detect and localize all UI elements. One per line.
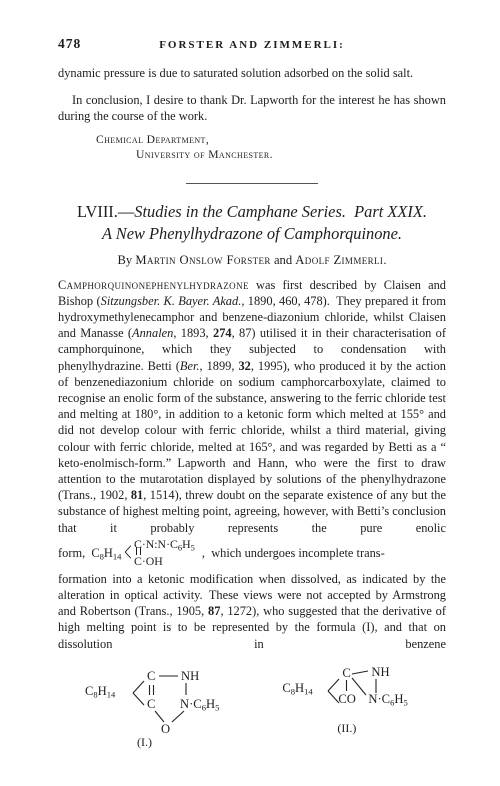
formula-prefix: form, C8H14: [58, 546, 121, 562]
n-phenyl-label: N·C6H5: [368, 692, 407, 708]
journal-page: 478 FORSTER AND ZIMMERLI: dynamic pressu…: [0, 0, 500, 786]
section-divider: [186, 183, 318, 184]
radical-label: C8H14: [282, 681, 312, 697]
bond-lines-icon: [282, 666, 452, 748]
formula-enol-bottom: C·OH: [134, 555, 195, 569]
nh-label: NH: [181, 669, 199, 684]
oxygen-label: O: [161, 722, 170, 737]
structural-formula-2: C8H14 C CO NH N·C6H5 (II.): [282, 666, 446, 748]
title-line-1: LVIII.—Studies in the Camphane Series. P…: [58, 201, 446, 224]
carbon-bottom-label: C: [147, 697, 155, 712]
article-body-paragraph-2: formation into a ketonic modification wh…: [58, 571, 446, 652]
structural-formula-1: C8H14 C C NH N·C6H5 O (I.): [85, 666, 229, 748]
radical-label: C8H14: [85, 684, 115, 700]
page-number: 478: [58, 36, 100, 52]
angle-bracket-icon: <: [125, 536, 132, 570]
title-line-2: A New Phenylhydrazone of Camphorquinone.: [58, 223, 446, 246]
page-header: 478 FORSTER AND ZIMMERLI:: [58, 36, 446, 52]
n-phenyl-label: N·C6H5: [180, 697, 219, 713]
department-line: Chemical Department,: [96, 132, 446, 147]
formula-suffix: , which undergoes incomplete trans-: [202, 546, 385, 561]
formula-enol-top: C·N:N·C6H5: [134, 538, 195, 555]
carbon-top-label: C: [147, 669, 155, 684]
double-bond-icon: [136, 547, 141, 555]
carbonyl-label: CO: [338, 692, 356, 707]
prev-article-paragraph-2: In conclusion, I desire to thank Dr. Lap…: [58, 92, 446, 124]
byline: By Martin Onslow Forster and Adolf Zimme…: [58, 253, 446, 268]
prev-article-paragraph-1: dynamic pressure is due to saturated sol…: [58, 65, 446, 81]
article-body-paragraph-1: Camphorquinonephenylhydrazone was first …: [58, 277, 446, 536]
carbon-label: C: [342, 666, 350, 681]
article-title: LVIII.—Studies in the Camphane Series. P…: [58, 201, 446, 246]
figure-label-1: (I.): [137, 735, 152, 750]
figures-row: C8H14 C C NH N·C6H5 O (I.) C8H14 C CO NH…: [58, 666, 446, 748]
nh-label: NH: [371, 665, 389, 680]
formula-stack: C·N:N·C6H5 C·OH: [134, 538, 195, 569]
inline-formula-line: form, C8H14 < C·N:N·C6H5 C·OH , which un…: [58, 537, 446, 570]
university-line: University of Manchester.: [136, 147, 446, 162]
signature-block: Chemical Department, University of Manch…: [58, 132, 446, 162]
running-title: FORSTER AND ZIMMERLI:: [100, 39, 404, 51]
figure-label-2: (II.): [337, 721, 356, 736]
